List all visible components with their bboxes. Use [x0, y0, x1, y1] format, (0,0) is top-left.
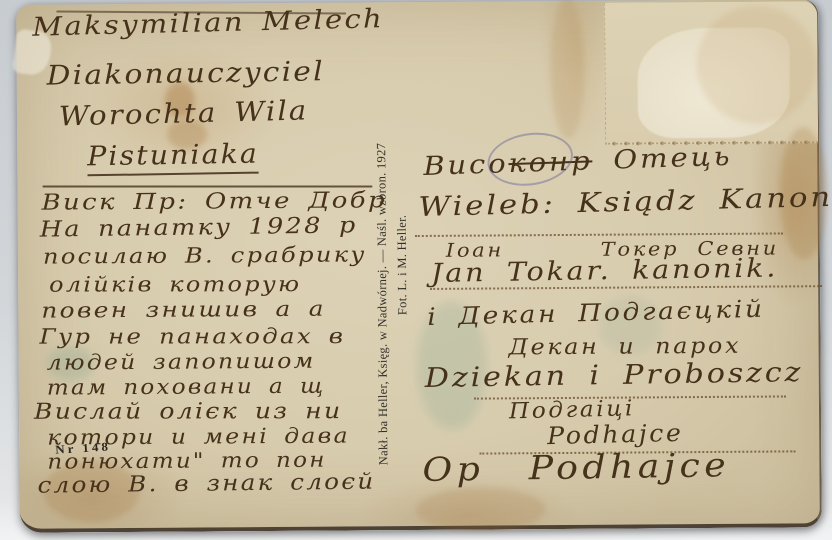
handwritten-line: людей запопишом [47, 349, 316, 375]
handwritten-line: Вислай олієк из ни [34, 399, 342, 425]
imprint-vertical: Nakł. ba Heller, Księg. w Nadwórnej. — N… [371, 51, 414, 465]
handwritten-line: Гур не панаходах в [39, 324, 345, 349]
handwritten-line: котори и мені дава [47, 423, 350, 449]
address-line: Jan Tokar. kanonik. [431, 253, 778, 288]
dotted-rule [415, 232, 783, 237]
address-line: Декан и парох [508, 334, 741, 361]
handwritten-line: слою В. в знак слоєй [37, 470, 375, 499]
handwritten-line: олійків которую [49, 272, 301, 296]
stain [696, 5, 817, 124]
address-line: і Декан Подгаєцкій [427, 295, 765, 331]
pen-separator-line [42, 185, 372, 187]
address-line: Wieleb: Ksiądz Kanoni [418, 182, 832, 223]
stain [416, 487, 546, 532]
address-line: Dziekan i Proboszcz [425, 357, 804, 394]
handwritten-line-underlined: Pistuniaka [87, 139, 259, 177]
handwritten-line: На панатку 1928 р [40, 213, 358, 242]
handwritten-line: повен знишив а а [41, 297, 326, 323]
stain [550, 0, 585, 139]
postcard: Nakł. ba Heller, Księg. w Nadwórnej. — N… [16, 0, 822, 533]
handwritten-line: там поховани а щ [47, 374, 326, 400]
imprint-line-2: Fot. L. i M. Heller. [390, 51, 413, 465]
address-text: Отець [592, 142, 733, 177]
handwritten-line: Diakonauczyciel [46, 56, 325, 91]
handwritten-line: посилаю В. срабрику [43, 242, 367, 268]
postmark-circle [484, 127, 577, 191]
handwritten-line: Worochta Wila [59, 95, 309, 132]
address-line: Ор Podhajce [422, 445, 730, 489]
handwritten-line: Виск Пр: Отче Добр [41, 188, 387, 215]
address-line-struck: Високонр Отець [423, 142, 733, 182]
